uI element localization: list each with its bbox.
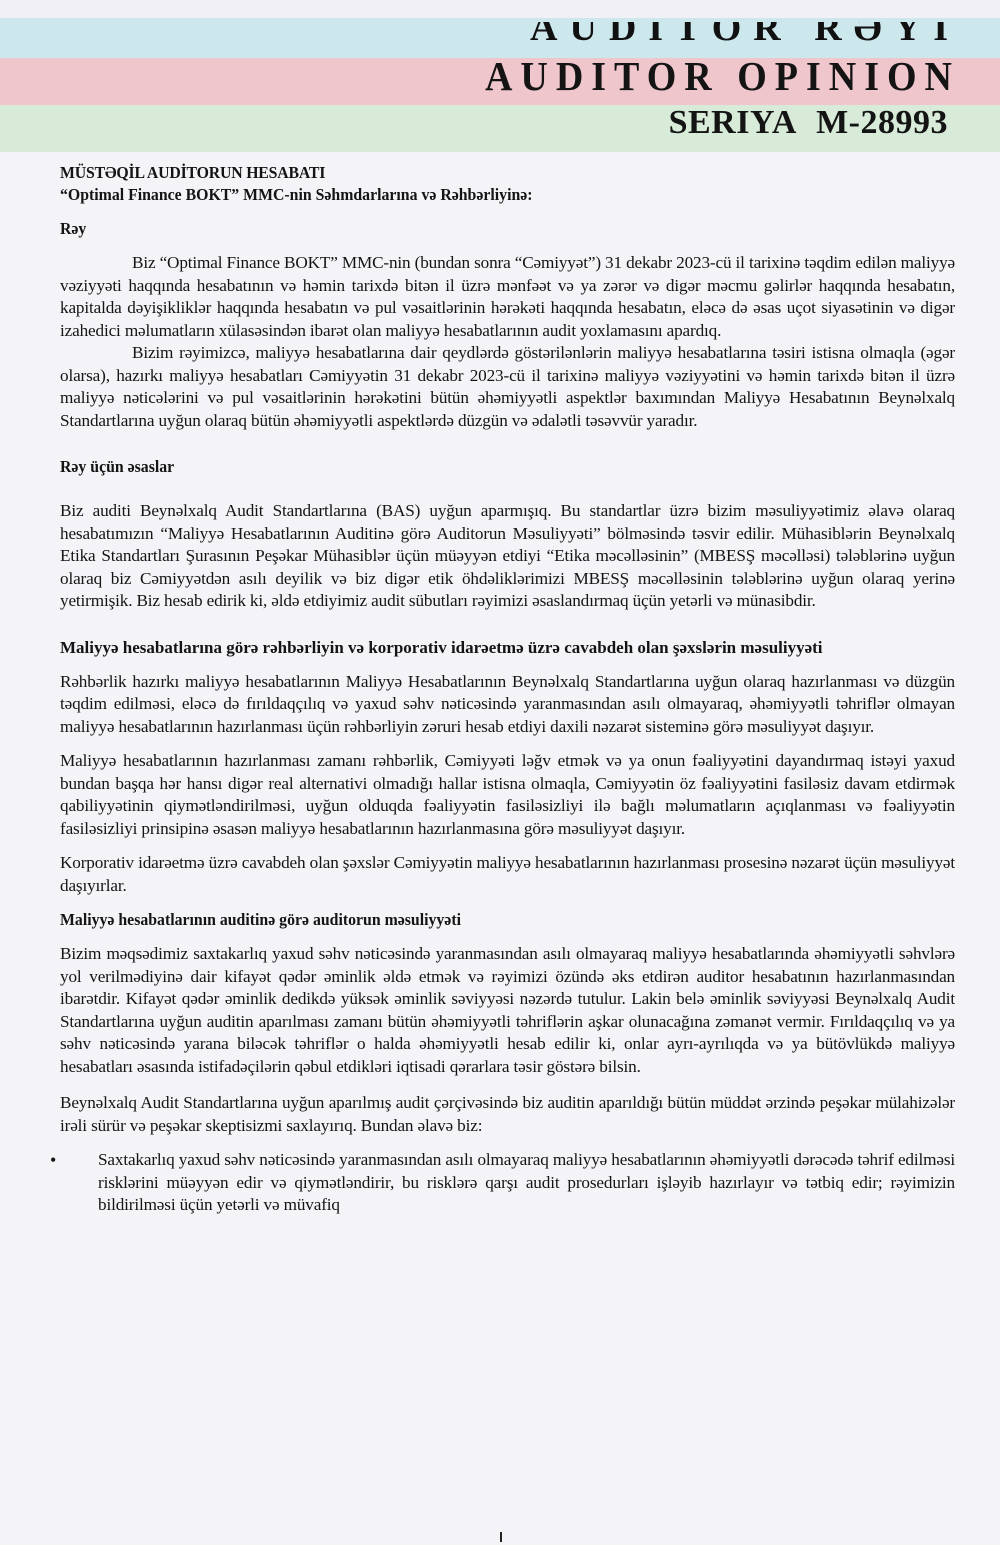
- bullet-text: Saxtakarlıq yaxud səhv nəticəsində yaran…: [98, 1149, 955, 1217]
- serial-number: SERIYA M-28993: [669, 104, 948, 142]
- management-paragraph-2: Maliyyə hesabatlarının hazırlanması zama…: [60, 750, 955, 840]
- section-heading-auditor: Maliyyə hesabatlarının auditinə görə aud…: [60, 909, 892, 931]
- management-paragraph-3: Korporativ idarəetmə üzrə cavabdeh olan …: [60, 852, 955, 897]
- opinion-paragraph-1: Biz “Optimal Finance BOKT” MMC-nin (bund…: [60, 252, 955, 342]
- section-heading-opinion: Rəy: [60, 218, 892, 240]
- header-title-en: AUDITOR OPINION: [485, 55, 960, 98]
- document-body: MÜSTƏQİL AUDİTORUN HESABATI “Optimal Fin…: [60, 160, 955, 1217]
- page-mark: [500, 1532, 502, 1542]
- section-heading-basis: Rəy üçün əsaslar: [60, 456, 892, 478]
- list-item: • Saxtakarlıq yaxud səhv nəticəsində yar…: [50, 1149, 955, 1217]
- basis-paragraph-1: Biz auditi Beynəlxalq Audit Standartları…: [60, 500, 955, 613]
- addressee: “Optimal Finance BOKT” MMC-nin Səhmdarla…: [60, 184, 892, 206]
- management-paragraph-1: Rəhbərlik hazırkı maliyyə hesabatlarının…: [60, 671, 955, 739]
- stripe-top: [0, 0, 1000, 18]
- bullet-icon: •: [50, 1149, 98, 1217]
- auditor-paragraph-1: Bizim məqsədimiz saxtakarlıq yaxud səhv …: [60, 943, 955, 1078]
- opinion-paragraph-2: Bizim rəyimizcə, maliyyə hesabatlarına d…: [60, 342, 955, 432]
- auditor-paragraph-2: Beynəlxalq Audit Standartlarına uyğun ap…: [60, 1092, 955, 1137]
- report-title: MÜSTƏQİL AUDİTORUN HESABATI: [60, 162, 892, 184]
- section-heading-management: Maliyyə hesabatlarına görə rəhbərliyin v…: [60, 637, 955, 659]
